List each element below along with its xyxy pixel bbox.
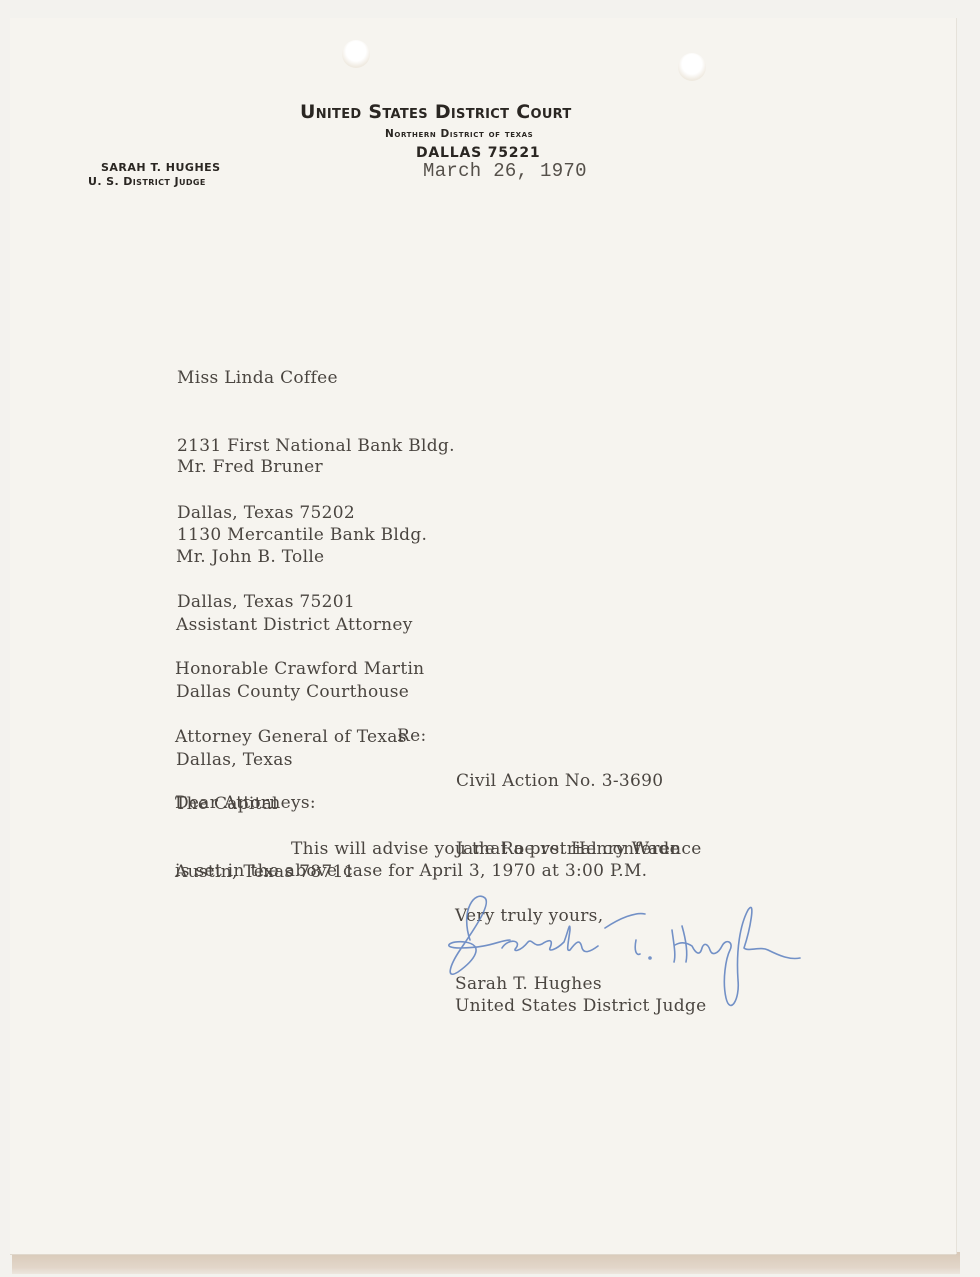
letterhead-judge-title: U. S. District Judge bbox=[88, 175, 206, 188]
paper-shadow bbox=[12, 1252, 960, 1274]
address-line: Mr. Fred Bruner bbox=[177, 456, 427, 479]
body-line: This will advise you that a pretrial con… bbox=[291, 838, 702, 861]
signer-title: United States District Judge bbox=[455, 995, 706, 1018]
closing: Very truly yours, bbox=[455, 905, 603, 928]
salutation: Dear Attorneys: bbox=[175, 792, 316, 815]
signer-name: Sarah T. Hughes bbox=[455, 973, 602, 996]
address-line: Attorney General of Texas bbox=[175, 726, 424, 749]
re-label: Re: bbox=[397, 725, 427, 748]
address-line: Mr. John B. Tolle bbox=[176, 546, 413, 569]
letter-page bbox=[10, 18, 956, 1254]
letterhead-city: DALLAS 75221 bbox=[416, 145, 540, 161]
punch-hole-right bbox=[678, 53, 706, 81]
letter-date: March 26, 1970 bbox=[423, 160, 587, 183]
body-line: is set in the above case for April 3, 19… bbox=[175, 860, 647, 883]
letterhead-district: Northern District of texas bbox=[385, 128, 533, 140]
address-line: Honorable Crawford Martin bbox=[175, 658, 424, 681]
letterhead-court: United States District Court bbox=[300, 101, 572, 123]
punch-hole-left bbox=[342, 40, 370, 68]
address-line: Miss Linda Coffee bbox=[177, 367, 455, 390]
letterhead-judge-name: SARAH T. HUGHES bbox=[101, 161, 221, 174]
re-line: Civil Action No. 3-3690 bbox=[456, 770, 680, 793]
